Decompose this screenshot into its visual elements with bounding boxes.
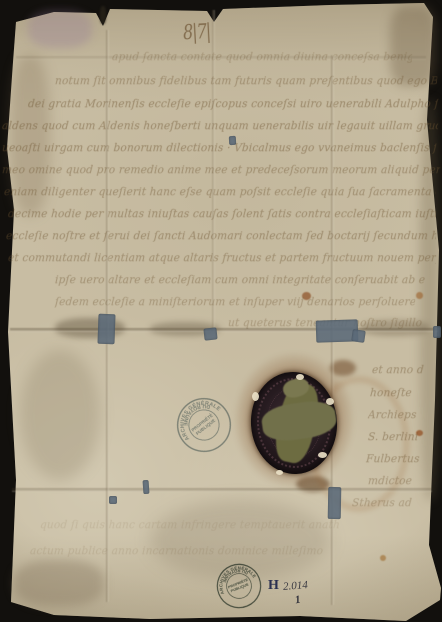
- shelfmark: H 2.014: [268, 578, 308, 594]
- fold-crease-horizontal-main: [10, 328, 438, 332]
- parchment: [0, 0, 442, 622]
- fold-crease-vertical-center: [212, 10, 215, 332]
- fold-crease-vertical-right: [331, 55, 334, 605]
- seal-speck: [252, 392, 259, 401]
- fold-crease-horizontal-top: [16, 56, 426, 60]
- top-archival-mark: 8|7|: [182, 18, 210, 44]
- seal-speck: [276, 470, 283, 475]
- fold-crease-vertical-left: [106, 30, 109, 602]
- seal-speck: [326, 398, 334, 405]
- photo-backdrop: apud ſancta contate quod omnia diuina co…: [0, 0, 442, 622]
- fold-crease-horizontal-lower: [12, 488, 432, 492]
- shelfmark-number: 2.014: [283, 579, 309, 593]
- seal-speck: [318, 452, 327, 458]
- seal-speck: [296, 374, 304, 380]
- shelfmark-letter: H: [268, 578, 279, 594]
